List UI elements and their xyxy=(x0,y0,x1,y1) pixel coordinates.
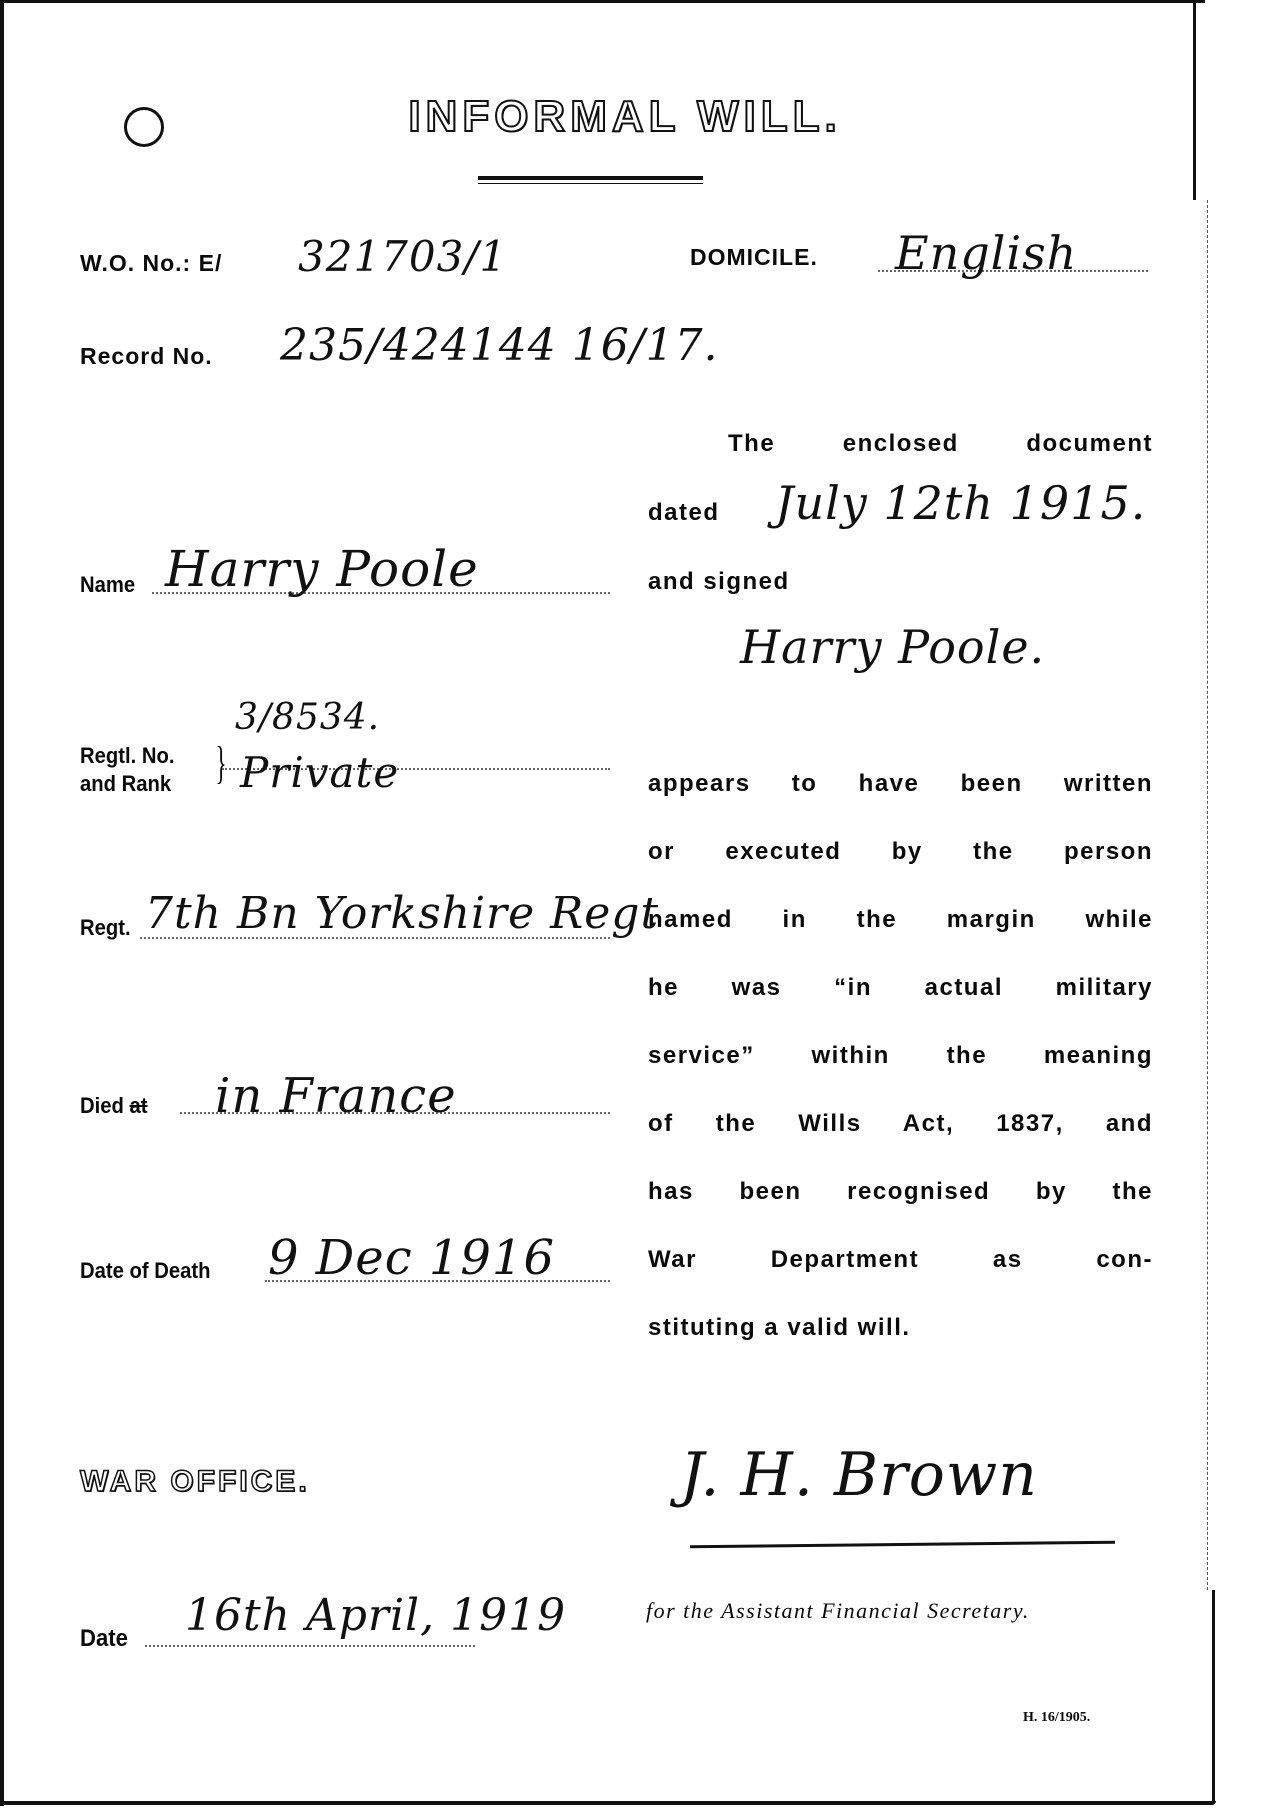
issue-date-dotted-line xyxy=(145,1645,475,1647)
frame-right-border-lower xyxy=(1212,1590,1215,1804)
statement-line: or executed by the person xyxy=(648,838,1153,866)
signed-value: Harry Poole. xyxy=(740,620,1045,674)
issue-date-label: Date xyxy=(80,1625,128,1653)
dated-value: July 12th 1915. xyxy=(775,476,1146,530)
regtl-no-label: Regtl. No. xyxy=(80,743,174,769)
statement-line: of the Wills Act, 1837, and xyxy=(648,1110,1153,1138)
bracket-brace: } xyxy=(216,740,227,786)
record-number-value: 235/424144 16/17. xyxy=(280,320,719,371)
title-underline-thin xyxy=(478,183,703,184)
name-value: Harry Poole xyxy=(165,540,479,598)
signatory-title: for the Assistant Financial Secretary. xyxy=(646,1598,1030,1624)
official-signature: J. H. Brown xyxy=(680,1440,1038,1510)
regiment-value: 7th Bn Yorkshire Regt xyxy=(145,888,659,939)
date-of-death-label: Date of Death xyxy=(80,1258,210,1284)
war-office-heading: WAR OFFICE. xyxy=(80,1465,310,1499)
punch-hole-mark xyxy=(124,107,164,147)
wo-number-value: 321703/1 xyxy=(298,232,507,281)
signature-underline xyxy=(690,1541,1115,1548)
frame-top-border xyxy=(0,0,1205,3)
wo-number-label: W.O. No.: E/ xyxy=(80,250,222,277)
frame-left-border xyxy=(0,0,4,1806)
regiment-label: Regt. xyxy=(80,915,131,941)
title-underline xyxy=(478,176,703,180)
died-label: Died at xyxy=(80,1093,148,1119)
form-reference-number: H. 16/1905. xyxy=(1023,1710,1090,1726)
domicile-label: DOMICILE. xyxy=(690,244,818,271)
record-number-label: Record No. xyxy=(80,343,213,370)
struck-out-word: at xyxy=(130,1093,148,1118)
statement-line: service” within the meaning xyxy=(648,1042,1153,1070)
statement-line: appears to have been written xyxy=(648,770,1153,798)
domicile-value: English xyxy=(895,226,1077,280)
frame-bottom-border xyxy=(0,1801,1216,1805)
rank-value: Private xyxy=(240,748,399,797)
signed-label: and signed xyxy=(648,568,790,596)
statement-line: stituting a valid will. xyxy=(648,1314,1153,1342)
statement-line: named in the margin while xyxy=(648,906,1153,934)
dated-label: dated xyxy=(648,499,720,527)
died-label-text: Died xyxy=(80,1093,124,1118)
frame-right-border-faint xyxy=(1207,200,1208,1590)
name-label: Name xyxy=(80,572,135,598)
statement-line: has been recognised by the xyxy=(648,1178,1153,1206)
rank-label: and Rank xyxy=(80,771,171,797)
died-value: in France xyxy=(215,1068,457,1124)
frame-right-border xyxy=(1193,0,1196,200)
statement-line: War Department as con- xyxy=(648,1246,1153,1274)
statement-line-enclosed: The enclosed document xyxy=(728,430,1153,458)
date-of-death-value: 9 Dec 1916 xyxy=(268,1230,555,1286)
issue-date-value: 16th April, 1919 xyxy=(185,1590,566,1641)
regtl-number-value: 3/8534. xyxy=(235,697,380,738)
document-title: INFORMAL WILL. xyxy=(365,92,885,142)
statement-line: he was “in actual military xyxy=(648,974,1153,1002)
